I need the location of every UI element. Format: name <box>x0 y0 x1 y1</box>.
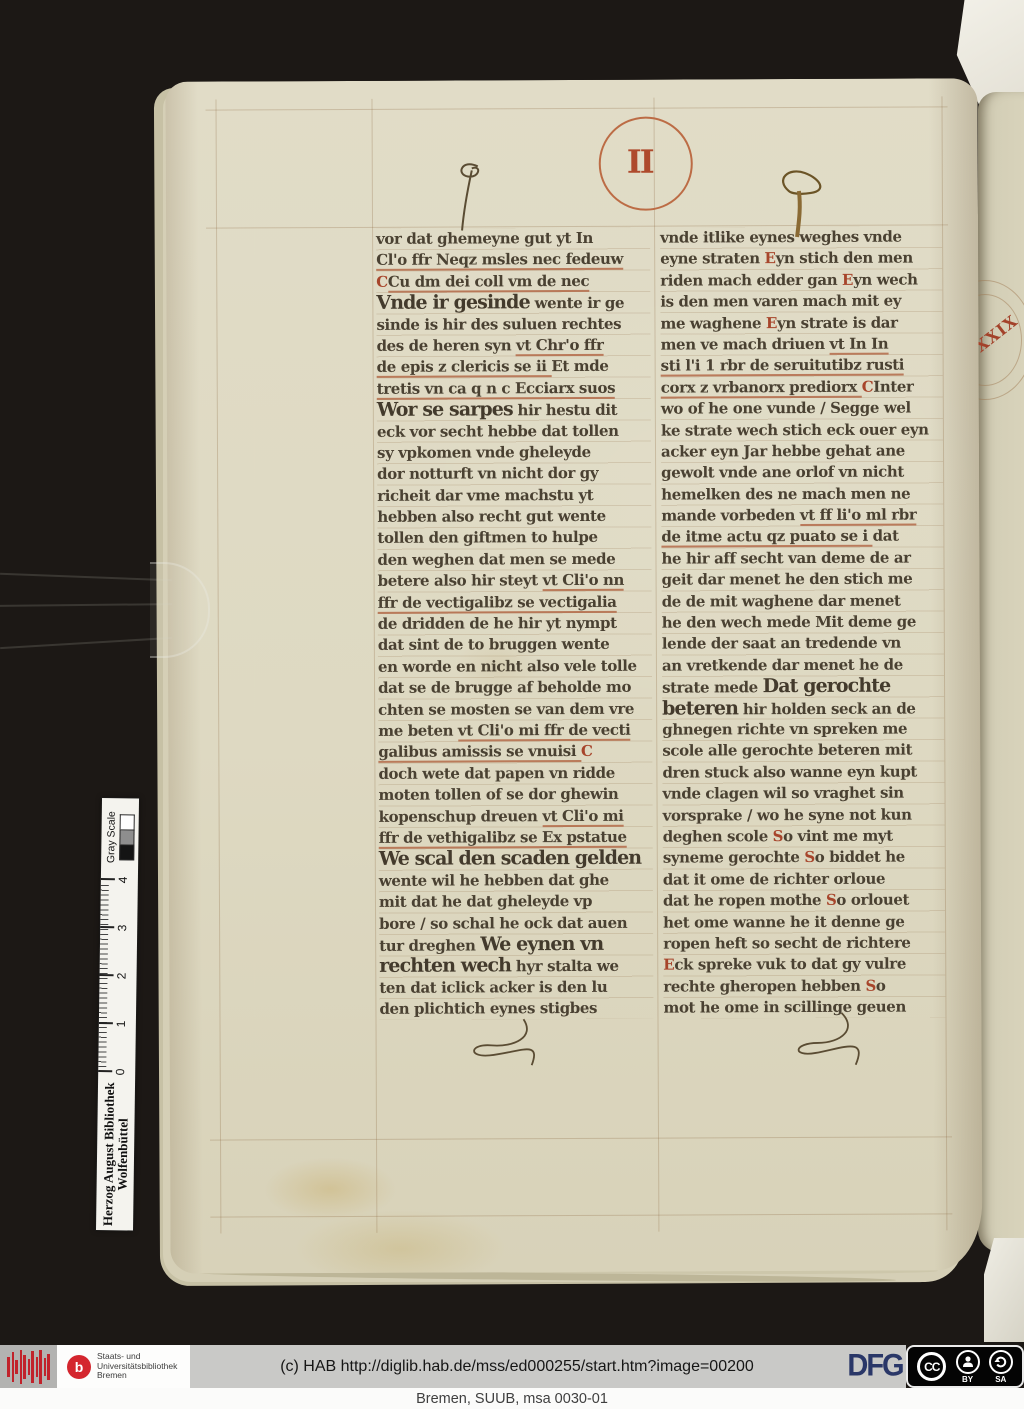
bremen-barcode-logo <box>0 1345 57 1388</box>
bremen-library-logo: b Staats- und Universitätsbibliothek Bre… <box>57 1345 190 1388</box>
manuscript-text-line: he hir aff secht van deme de ar <box>661 547 943 570</box>
manuscript-text-line: is den men varen mach mit ey <box>660 291 942 314</box>
manuscript-text-line: vnde clagen wil so vraghet sin <box>662 783 944 806</box>
manuscript-text-line: riden mach edder gan Eyn wech <box>660 269 942 292</box>
page-holder-rod <box>0 603 172 607</box>
manuscript-text-line: eck vor secht hebbe dat tollen <box>377 420 651 443</box>
cc-by-label: BY <box>962 1375 973 1384</box>
manuscript-text-line: den plichtich eynes stigbes <box>379 998 653 1021</box>
minor-ticks <box>98 882 109 1072</box>
ruling-line <box>210 1213 952 1217</box>
bremen-library-name: Staats- und Universitätsbibliothek Breme… <box>97 1352 177 1381</box>
manuscript-text-line: strate mede Dat gerochte <box>662 676 944 699</box>
manuscript-text-line: acker eyn Jar hebbe gehat ane <box>661 440 943 463</box>
major-tick <box>100 975 114 977</box>
manuscript-text-line: rechten wech hyr stalta we <box>379 955 653 978</box>
manuscript-text-line: hemelken des ne mach men ne <box>661 483 943 506</box>
manuscript-text-line: CCu dm dei coll vm de nec <box>376 270 650 293</box>
manuscript-text-line: he den wech mede Mit deme ge <box>662 611 944 634</box>
manuscript-text-line: dat sint de to bruggen wente <box>378 634 652 657</box>
manuscript-text-line: moten tollen of se dor ghewin <box>378 784 652 807</box>
manuscript-text-line: vor dat ghemeyne gut yt In <box>376 228 650 251</box>
folio-number-circle: II <box>599 116 693 210</box>
cc-sa-group: SA <box>989 1350 1013 1384</box>
ruling-line <box>206 106 948 110</box>
pen-flourish <box>461 1015 551 1070</box>
manuscript-text-line: en worde en nicht also vele tolle <box>378 655 652 678</box>
manuscript-text-line: ghnegen richte vn spreken me <box>662 718 944 741</box>
tick-label: 2 <box>115 973 129 980</box>
major-tick <box>98 1071 112 1073</box>
manuscript-text-line: dat he ropen mothe So orlouet <box>663 889 945 912</box>
facing-page-edge: XXIX <box>978 92 1024 1252</box>
cc-by-group: BY <box>956 1350 980 1384</box>
manuscript-text-line: ffr de vectigalibz se vectigalia <box>378 591 652 614</box>
manuscript-text-line: dren stuck also wanne eyn kupt <box>662 761 944 784</box>
manuscript-text-line: sy vpkomen vnde gheleyde <box>377 442 651 465</box>
major-tick <box>99 1023 113 1025</box>
institution-line2: Wolfenbüttel <box>114 1078 130 1230</box>
manuscript-text-line: de epis z clericis se ii Et mde <box>377 356 651 379</box>
manuscript-column-left: vor dat ghemeyne gut yt InCl'o ffr Neqz … <box>376 228 653 1021</box>
ruling-line <box>210 1136 952 1140</box>
manuscript-text-line: doch wete dat papen vn ridde <box>378 762 652 785</box>
tick-label: 0 <box>113 1069 127 1076</box>
ruling-line <box>215 100 221 1234</box>
manuscript-text-line: galibus amissis se vnuisi C <box>378 741 652 764</box>
cc-license-badge: CC BY SA <box>906 1345 1024 1388</box>
manuscript-text-line: des de heren syn vt Chr'o ffr <box>377 335 651 358</box>
manuscript-text-line: lende der saat an tredende vn <box>662 633 944 656</box>
manuscript-text-line: deghen scole So vint me myt <box>663 825 945 848</box>
manuscript-text-line: ropen heft so secht de richtere <box>663 932 945 955</box>
manuscript-text-line: mot he ome in scillinge geuen <box>663 996 945 1019</box>
book-cover-corner-bottom <box>984 1238 1024 1342</box>
manuscript-text-line: geit dar menet he den stich me <box>662 569 944 592</box>
ruling-line <box>653 98 659 1232</box>
footer-bar: b Staats- und Universitätsbibliothek Bre… <box>0 1345 1024 1388</box>
manuscript-column-right: vnde itlike eynes weghes vndeeyne strate… <box>660 226 945 1019</box>
manuscript-text-line: me beten vt Cli'o mi ffr de vecti <box>378 720 652 743</box>
manuscript-text-line: beteren hir holden seck an de <box>662 697 944 720</box>
cc-sa-arrow-icon <box>989 1350 1013 1374</box>
manuscript-text-line: Wor se sarpes hir hestu dit <box>377 399 651 422</box>
gray-scale-patch: Gray Scale <box>101 798 139 877</box>
manuscript-text-line: kopenschup dreuen vt Cli'o mi <box>379 805 653 828</box>
manuscript-text-line: me waghene Eyn strate is dar <box>660 312 942 335</box>
gray-scale-title: Gray Scale <box>105 811 118 863</box>
manuscript-text-line: hebben also recht gut wente <box>377 506 651 529</box>
manuscript-text-line: mit dat he dat gheleyde vp <box>379 891 653 914</box>
manuscript-text-line: wente wil he hebben dat ghe <box>379 869 653 892</box>
manuscript-text-line: ke strate wech stich eck ouer eyn <box>661 419 943 442</box>
ruler-scale: 0 1 2 3 4 <box>98 876 138 1078</box>
manuscript-text-line: Cl'o ffr Neqz msles nec fedeuw <box>376 249 650 272</box>
manuscript-text-line: men ve mach driuen vt In In <box>661 333 943 356</box>
manuscript-text-line: an vretkende dar menet he de <box>662 654 944 677</box>
manuscript-text-line: vnde itlike eynes weghes vnde <box>660 226 942 249</box>
manuscript-text-line: ten dat iclick acker is den lu <box>379 976 653 999</box>
manuscript-text-line: rechte gheropen hebben So <box>663 975 945 998</box>
major-tick <box>101 879 115 881</box>
manuscript-text-line: vorsprake / wo he syne not kun <box>663 804 945 827</box>
manuscript-text-line: chten se mosten se van dem vre <box>378 698 652 721</box>
cc-by-person-icon <box>956 1350 980 1374</box>
manuscript-text-line: dor notturft vn nicht dor gy <box>377 463 651 486</box>
manuscript-text-line: het ome wanne he it denne ge <box>663 911 945 934</box>
manuscript-text-line: tretis vn ca q n c Ecciarx suos <box>377 377 651 400</box>
manuscript-text-line: Vnde ir gesinde wente ir ge <box>376 292 650 315</box>
dfg-logo: DFG <box>844 1345 906 1388</box>
manuscript-text-line: betere also hir steyt vt Cli'o nn <box>378 570 652 593</box>
copyright-bar: (c) HAB http://diglib.hab.de/mss/ed00025… <box>190 1345 844 1388</box>
shelfmark: Bremen, SUUB, msa 0030-01 <box>416 1391 608 1407</box>
cc-sa-label: SA <box>995 1375 1006 1384</box>
bremen-b-icon: b <box>67 1355 91 1379</box>
manuscript-text-line: de de mit waghene dar menet <box>662 590 944 613</box>
tick-label: 4 <box>116 877 130 884</box>
manuscript-text-line: Eck spreke vuk to dat gy vulre <box>663 954 945 977</box>
tick-label: 3 <box>115 925 129 932</box>
manuscript-text-line: scole alle gerochte beteren mit <box>662 740 944 763</box>
manuscript-text-line: wo of he one vunde / Segge wel <box>661 398 943 421</box>
manuscript-text-line: richeit dar vme machstu yt <box>377 484 651 507</box>
manuscript-text-line: de itme actu qz puato se i dat <box>661 526 943 549</box>
institution-label: Herzog August Bibliothek Wolfenbüttel <box>96 1078 135 1231</box>
manuscript-text-line: tur dreghen We eynen vn <box>379 934 653 957</box>
manuscript-text-line: tollen den giftmen to hulpe <box>377 527 651 550</box>
manuscript-text-line: sinde is hir des suluen rechtes <box>376 313 650 336</box>
copyright-url: (c) HAB http://diglib.hab.de/mss/ed00025… <box>280 1358 754 1376</box>
manuscript-text-line: den weghen dat men se mede <box>377 549 651 572</box>
major-tick <box>100 927 114 929</box>
gray-patch-mid <box>119 829 134 844</box>
pen-flourish <box>448 160 498 238</box>
manuscript-text-line: sti l'i 1 rbr de seruitutibz rusti <box>661 355 943 378</box>
cc-icon: CC <box>917 1352 946 1381</box>
manuscript-page: II vor dat ghemeyne gut yt InCl'o ffr Ne… <box>165 78 982 1274</box>
manuscript-text-line: dat se de brugge af beholde mo <box>378 677 652 700</box>
manuscript-text-line: bore / so schal he ock dat auen <box>379 912 653 935</box>
page-holder-rod <box>0 637 172 649</box>
manuscript-text-line: We scal den scaden gelden <box>379 848 653 871</box>
folio-number: II <box>627 143 653 181</box>
gray-patch-white <box>120 814 135 829</box>
manuscript-text-line: ffr de vethigalibz se Ex pstatue <box>379 827 653 850</box>
manuscript-text-line: gewolt vnde ane orlof vn nicht <box>661 462 943 485</box>
gray-scale-ruler: Herzog August Bibliothek Wolfenbüttel 0 … <box>96 798 139 1230</box>
shelfmark-bar: Bremen, SUUB, msa 0030-01 <box>0 1388 1024 1409</box>
manuscript-text-line: eyne straten Eyn stich den men <box>660 248 942 271</box>
gray-patch-black <box>119 844 134 860</box>
tick-label: 1 <box>114 1021 128 1028</box>
manuscript-text-line: de dridden de he hir yt nympt <box>378 613 652 636</box>
manuscript-text-line: corx z vrbanorx prediorx CInter <box>661 376 943 399</box>
manuscript-text-line: mande vorbeden vt ff li'o ml rbr <box>661 504 943 527</box>
manuscript-text-line: dat it ome de richter orloue <box>663 868 945 891</box>
page-holder-rod <box>0 573 172 582</box>
manuscript-text-line: syneme gerochte So biddet he <box>663 847 945 870</box>
